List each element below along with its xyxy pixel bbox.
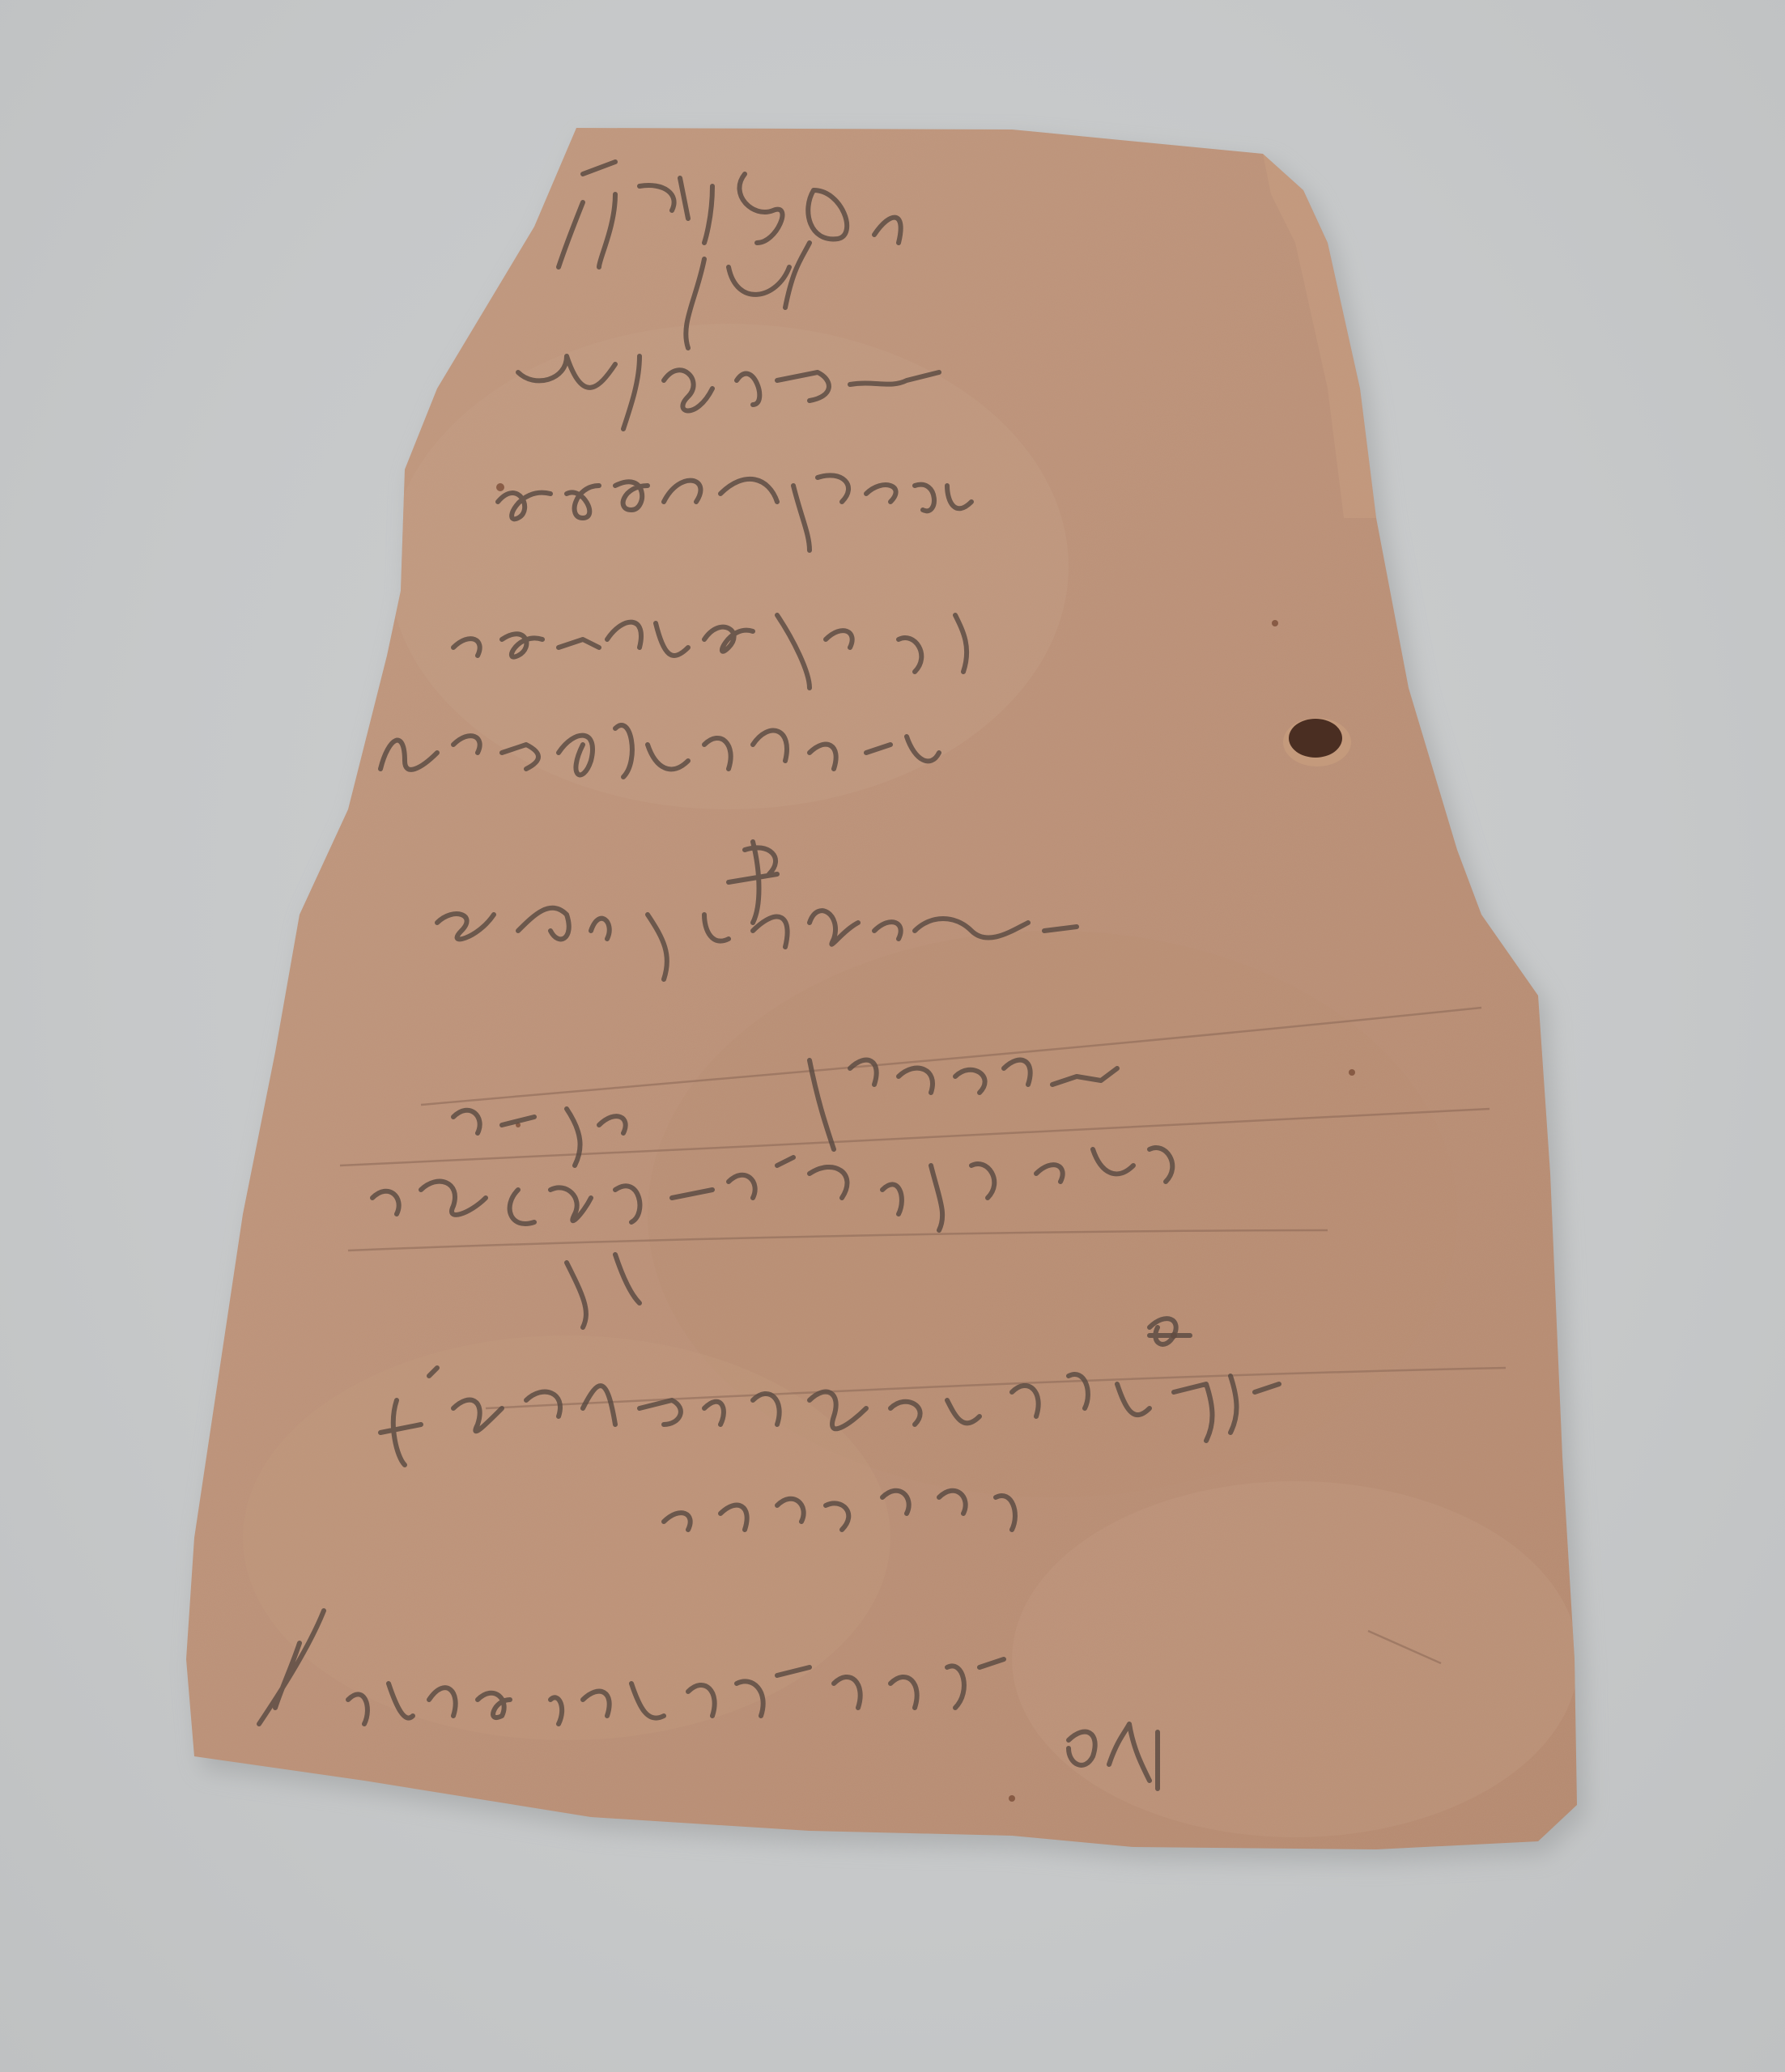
ostracon-image — [0, 0, 1785, 2072]
photo-stage: Ostracon (inscribed pottery sherd) — [0, 0, 1785, 2072]
shard-body — [162, 113, 1603, 1862]
